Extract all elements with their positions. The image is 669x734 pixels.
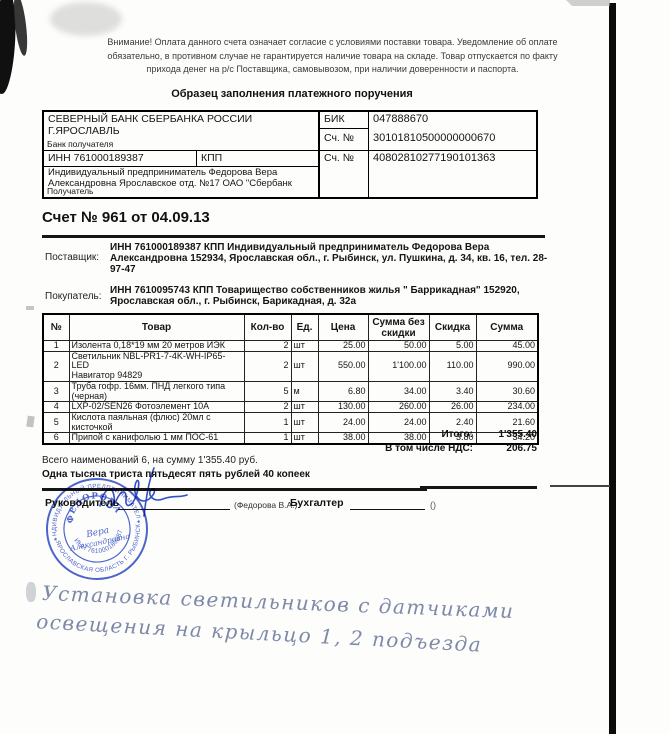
accountant-suffix: () <box>430 500 436 510</box>
bik-value: 047888670 <box>369 112 536 129</box>
scan-artifact-smudge <box>50 2 122 36</box>
scan-page-edge-bar <box>609 3 616 734</box>
cell: м <box>291 381 318 401</box>
handwritten-signature <box>92 466 196 520</box>
items-table: № Товар Кол-во Ед. Цена Сумма без скидки… <box>42 313 539 445</box>
cell: 2 <box>244 351 291 381</box>
sample-heading: Образец заполнения платежного поручения <box>42 88 542 100</box>
account-value: 40802810277190101363 <box>369 151 536 197</box>
buyer-label: Покупатель: <box>45 291 102 302</box>
scan-artifact-speck <box>26 582 36 602</box>
col-header-qty: Кол-во <box>244 314 291 341</box>
cell: шт <box>291 351 318 381</box>
cell: 50.00 <box>368 341 429 352</box>
supplier-text: ИНН 761000189387 КПП Индивидуальный пред… <box>110 243 555 275</box>
col-header-sum: Сумма <box>476 314 538 341</box>
account-label: Сч. № <box>320 151 369 197</box>
payee-inn: ИНН 761000189387 <box>44 151 197 167</box>
cell: 45.00 <box>476 341 538 352</box>
bank-name-cell: СЕВЕРНЫЙ БАНК СБЕРБАНКА РОССИИ Г.ЯРОСЛАВ… <box>44 112 320 151</box>
cell: 2 <box>244 402 291 413</box>
vat-label: В том числе НДС: <box>42 443 473 454</box>
vat-value: 206.75 <box>473 443 537 454</box>
director-name: (Федорова В.А.) <box>234 500 297 510</box>
buyer-text: ИНН 7610095743 КПП Товарищество собствен… <box>110 286 555 308</box>
cell: 130.00 <box>318 402 368 413</box>
cell: 2 <box>244 341 291 352</box>
cell: 1'100.00 <box>368 351 429 381</box>
cell: 550.00 <box>318 351 368 381</box>
cell: 260.00 <box>368 402 429 413</box>
cell: 3.40 <box>429 381 476 401</box>
payee-cell: Индивидуальный предприниматель Федорова … <box>44 167 320 197</box>
col-header-discount: Скидка <box>429 314 476 341</box>
col-header-sum-no-discount: Сумма без скидки <box>368 314 429 341</box>
vat-row: В том числе НДС: 206.75 <box>42 443 537 454</box>
bank-requisites-table: СЕВЕРНЫЙ БАНК СБЕРБАНКА РОССИИ Г.ЯРОСЛАВ… <box>42 110 538 199</box>
cell: 4 <box>43 402 69 413</box>
bank-name: СЕВЕРНЫЙ БАНК СБЕРБАНКА РОССИИ Г.ЯРОСЛАВ… <box>48 113 252 137</box>
table-row: 4LXP-02/SEN26 Фотоэлемент 10А2шт130.0026… <box>43 402 538 413</box>
total-row: Итого: 1'355.40 <box>42 429 537 440</box>
cell: LXP-02/SEN26 Фотоэлемент 10А <box>69 402 244 413</box>
notice-line: обязательно, в противном случае не гаран… <box>105 50 560 64</box>
cell: 5 <box>244 381 291 401</box>
cell: 1 <box>43 341 69 352</box>
scan-artifact-speck <box>26 416 34 428</box>
accountant-signature-line <box>350 509 425 510</box>
col-header-product: Товар <box>69 314 244 341</box>
cell: 2 <box>43 351 69 381</box>
accountant-label: Бухгалтер <box>290 497 344 509</box>
invoice-title: Счет № 961 от 04.09.13 <box>42 209 210 226</box>
supplier-label: Поставщик: <box>45 252 99 263</box>
cell: 26.00 <box>429 402 476 413</box>
payee-label: Получатель <box>47 187 93 197</box>
cell: Труба гофр. 16мм. ПНД легкого типа (черн… <box>69 381 244 401</box>
cell: 110.00 <box>429 351 476 381</box>
corr-account-label: Сч. № <box>320 129 369 151</box>
cell: 234.00 <box>476 402 538 413</box>
cell: 6.80 <box>318 381 368 401</box>
cell: 25.00 <box>318 341 368 352</box>
items-header-row: № Товар Кол-во Ед. Цена Сумма без скидки… <box>43 314 538 341</box>
bank-label: Банк получателя <box>47 140 113 150</box>
col-header-unit: Ед. <box>291 314 318 341</box>
bik-label: БИК <box>320 112 369 129</box>
total-value: 1'355.40 <box>473 429 537 440</box>
scanned-invoice-page: Внимание! Оплата данного счета означает … <box>0 0 669 734</box>
payment-notice: Внимание! Оплата данного счета означает … <box>105 36 560 77</box>
notice-line: Внимание! Оплата данного счета означает … <box>105 36 560 50</box>
cell: 5.00 <box>429 341 476 352</box>
notice-line: прихода денег на р/с Поставщика, самовыв… <box>105 63 560 77</box>
divider-rule <box>550 485 610 487</box>
cell: Светильник NBL-PR1-7-4K-WH-IP65-LED Нави… <box>69 351 244 381</box>
cell: шт <box>291 402 318 413</box>
signature-graphic <box>92 466 196 520</box>
table-row: 2Светильник NBL-PR1-7-4K-WH-IP65-LED Нав… <box>43 351 538 381</box>
scan-artifact-corner <box>566 0 610 6</box>
corr-account-value: 30101810500000000670 <box>369 129 536 151</box>
payee-kpp-label: КПП <box>197 151 320 167</box>
table-row: 1Изолента 0,18*19 мм 20 метров ИЭК2шт25.… <box>43 341 538 352</box>
scan-artifact-speck <box>26 306 34 310</box>
cell: шт <box>291 341 318 352</box>
cell: 30.60 <box>476 381 538 401</box>
cell: Изолента 0,18*19 мм 20 метров ИЭК <box>69 341 244 352</box>
total-label: Итого: <box>42 429 473 440</box>
cell: 990.00 <box>476 351 538 381</box>
items-count-line: Всего наименований 6, на сумму 1'355.40 … <box>42 455 258 466</box>
cell: 34.00 <box>368 381 429 401</box>
divider-rule <box>42 235 545 238</box>
stamp-star-left-icon: ★ <box>53 536 59 543</box>
table-row: 3Труба гофр. 16мм. ПНД легкого типа (чер… <box>43 381 538 401</box>
cell: 3 <box>43 381 69 401</box>
col-header-price: Цена <box>318 314 368 341</box>
divider-rule <box>420 486 537 489</box>
col-header-number: № <box>43 314 69 341</box>
